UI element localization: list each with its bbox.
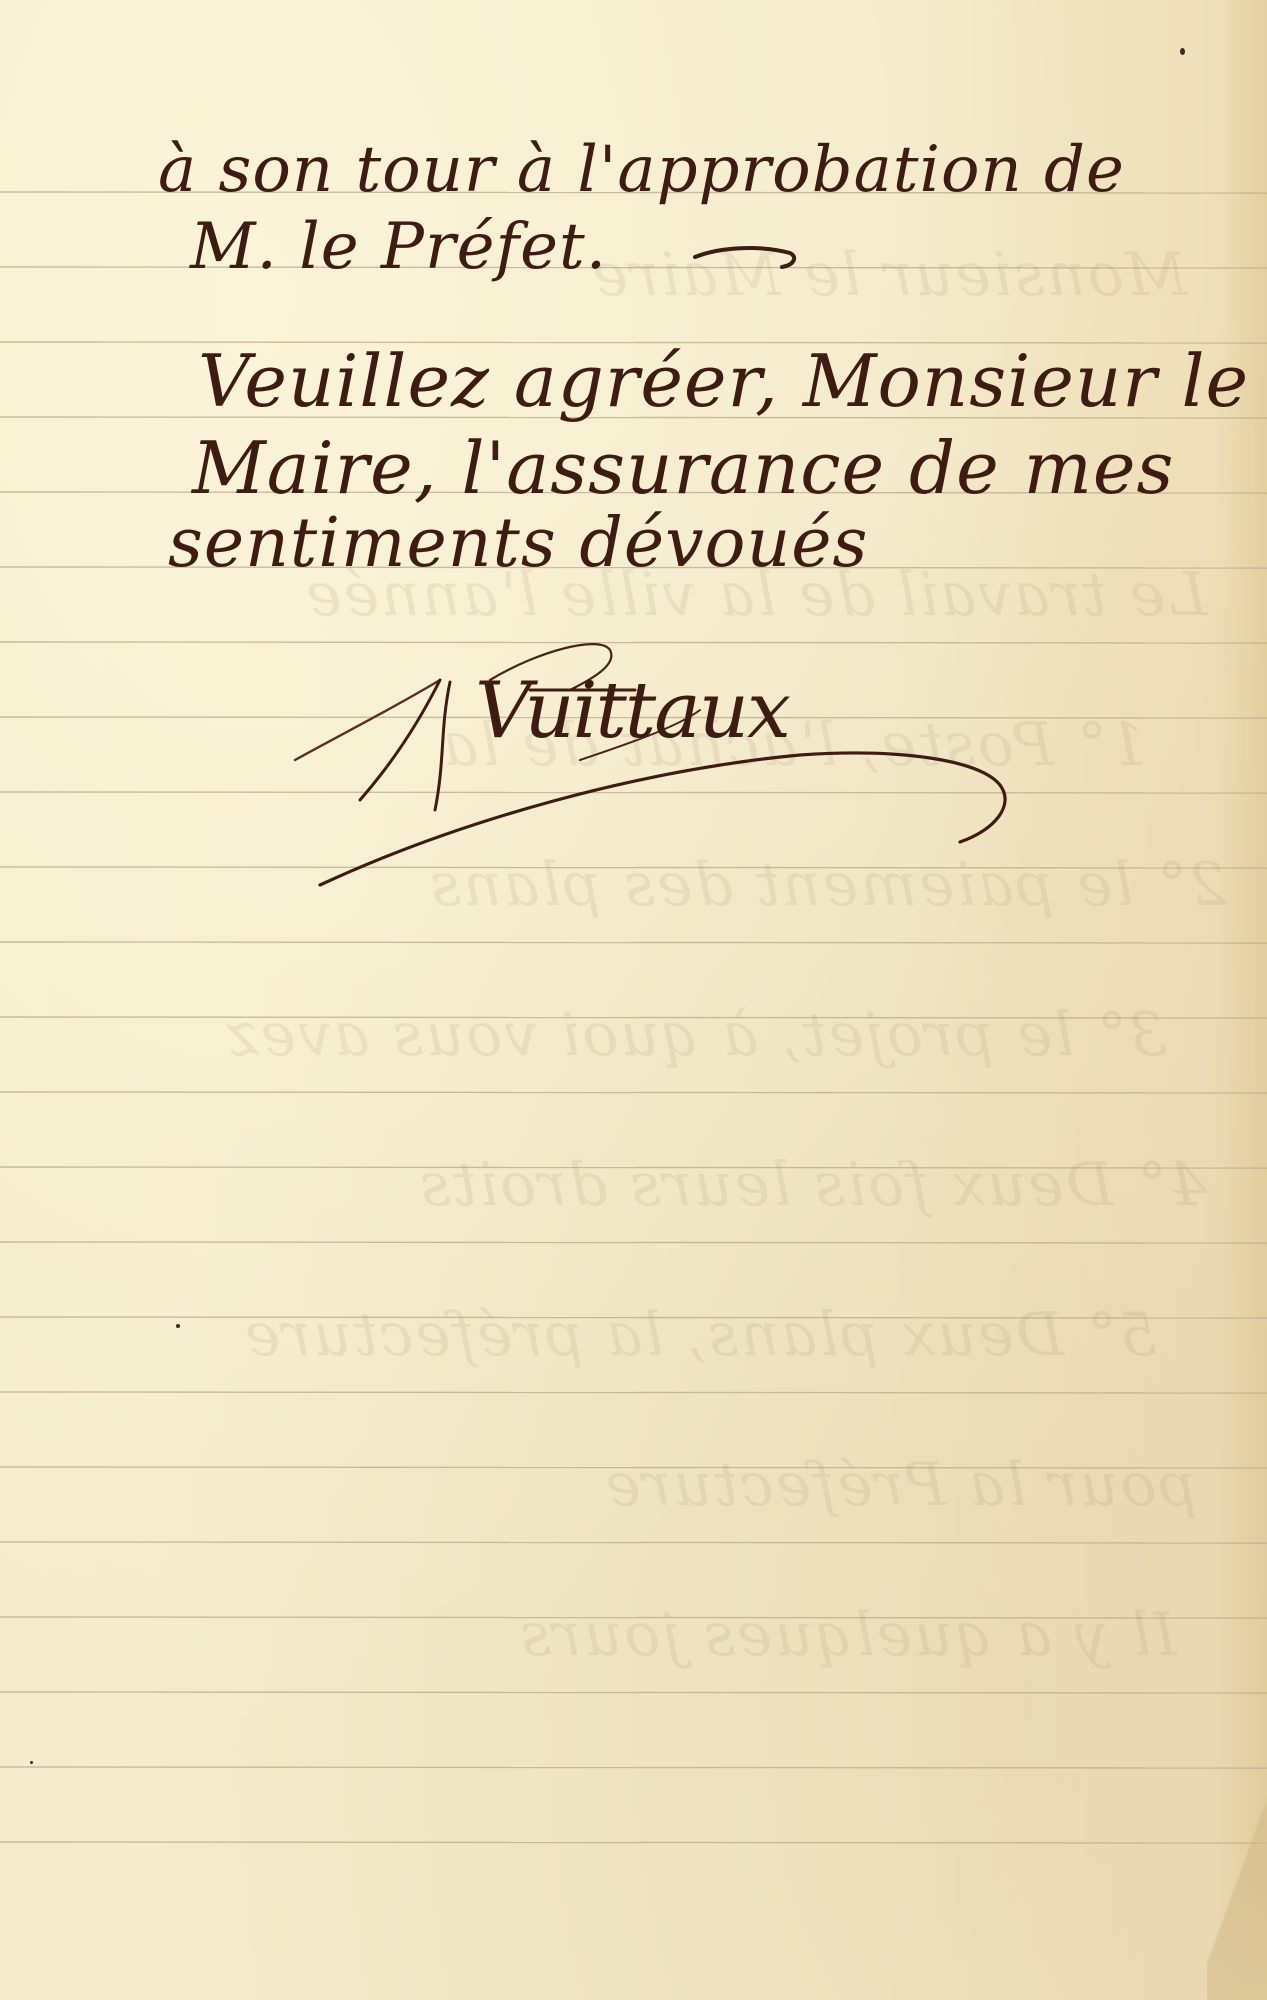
page-corner-fold [1207,1770,1267,2000]
letter-line-4: Maire, l'assurance de mes [192,432,1174,504]
signature-flourish [280,610,1180,910]
letter-line-2: M. le Préfet. [190,215,607,279]
letter-line-1: à son tour à l'approbation de [158,138,1125,202]
letter-page: Monsieur le Maire Le travail de la ville… [0,0,1267,2000]
ink-speck [176,1324,180,1328]
ink-speck [1180,48,1185,55]
signature-name: Vuittaux [475,666,789,756]
letter-line-3: Veuillez agréer, Monsieur le [198,345,1249,417]
letter-line-5: sentiments dévoués [168,510,868,578]
ruled-lines [0,0,1267,2000]
prefet-flourish [690,235,800,275]
ink-speck [30,1761,33,1764]
signature: Vuittaux [280,610,1180,910]
bleed-through-text: Monsieur le Maire Le travail de la ville… [0,0,1267,2000]
